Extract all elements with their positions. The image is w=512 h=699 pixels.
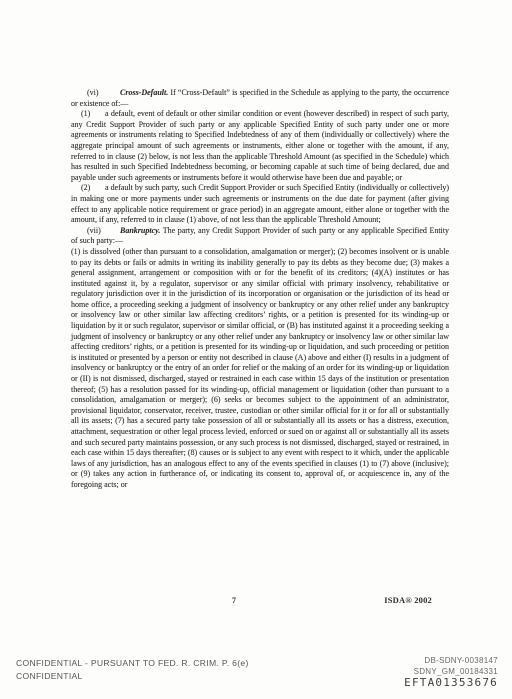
subparagraph-1-text: a default, event of default or other sim… bbox=[71, 109, 449, 182]
confidentiality-stamp: CONFIDENTIAL - PURSUANT TO FED. R. CRIM.… bbox=[16, 657, 249, 682]
confidentiality-stamp-line1: CONFIDENTIAL - PURSUANT TO FED. R. CRIM.… bbox=[16, 657, 249, 670]
section-vii-title: Bankruptcy. bbox=[120, 226, 160, 235]
section-vi-number: (vi) bbox=[87, 88, 120, 99]
section-vii-body: (1) is dissolved (other than pursuant to… bbox=[71, 247, 449, 491]
subparagraph-1: (1)a default, event of default or other … bbox=[71, 109, 449, 183]
confidentiality-stamp-line2: CONFIDENTIAL bbox=[16, 670, 249, 683]
subparagraph-2-number: (2) bbox=[81, 183, 105, 194]
subparagraph-2: (2)a default by such party, such Credit … bbox=[71, 183, 449, 225]
page-number: 7 bbox=[232, 596, 236, 605]
isda-edition-label: ISDA® 2002 bbox=[384, 595, 432, 605]
bates-number-efta: EFTA01353676 bbox=[404, 677, 498, 688]
bates-number-db-sdny: DB-SDNY-0038147 bbox=[404, 655, 498, 666]
subparagraph-2-text: a default by such party, such Credit Sup… bbox=[71, 183, 449, 224]
section-vii-number: (vii) bbox=[87, 226, 120, 237]
bates-stamp-block: DB-SDNY-0038147 SDNY_GM_00184331 EFTA013… bbox=[404, 655, 498, 688]
section-vi-heading: (vi)Cross-Default. If “Cross-Default” is… bbox=[71, 88, 449, 109]
document-text-block: (vi)Cross-Default. If “Cross-Default” is… bbox=[71, 88, 449, 491]
section-vii-heading: (vii)Bankruptcy. The party, any Credit S… bbox=[71, 226, 449, 247]
scanned-document-page: (vi)Cross-Default. If “Cross-Default” is… bbox=[0, 0, 512, 699]
subparagraph-1-number: (1) bbox=[81, 109, 105, 120]
section-vi-title: Cross-Default. bbox=[120, 88, 168, 97]
